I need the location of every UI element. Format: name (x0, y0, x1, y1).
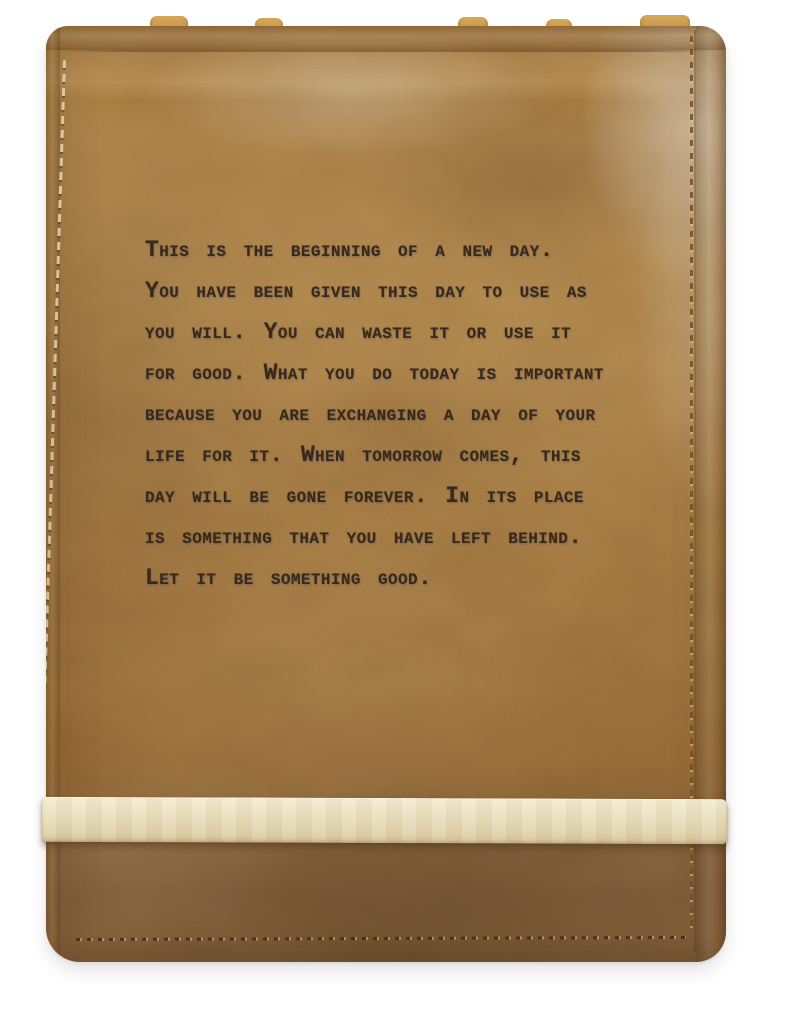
quote-line: day will be gone forever. In its place (145, 476, 645, 517)
quote-line: because you are exchanging a day of your (145, 394, 645, 435)
quote-line: you will. You can waste it or use it (145, 312, 645, 353)
photo-background: This is the beginning of a new day. You … (0, 0, 800, 1024)
quote-line: is something that you have left behind. (145, 517, 645, 558)
quote-line: for good. What you do today is important (145, 353, 645, 394)
leather-tie-band (42, 797, 727, 844)
top-rolled-edge (46, 26, 726, 50)
quote-line: You have been given this day to use as (145, 271, 645, 312)
stamped-quote-text: This is the beginning of a new day. You … (145, 230, 645, 599)
bottom-stitch-line (76, 936, 686, 941)
right-stitch-line (690, 36, 693, 932)
quote-line: life for it. When tomorrow comes, this (145, 435, 645, 476)
quote-line: This is the beginning of a new day. (145, 230, 645, 271)
quote-line: Let it be something good. (145, 558, 645, 599)
top-seam-line (60, 50, 712, 52)
